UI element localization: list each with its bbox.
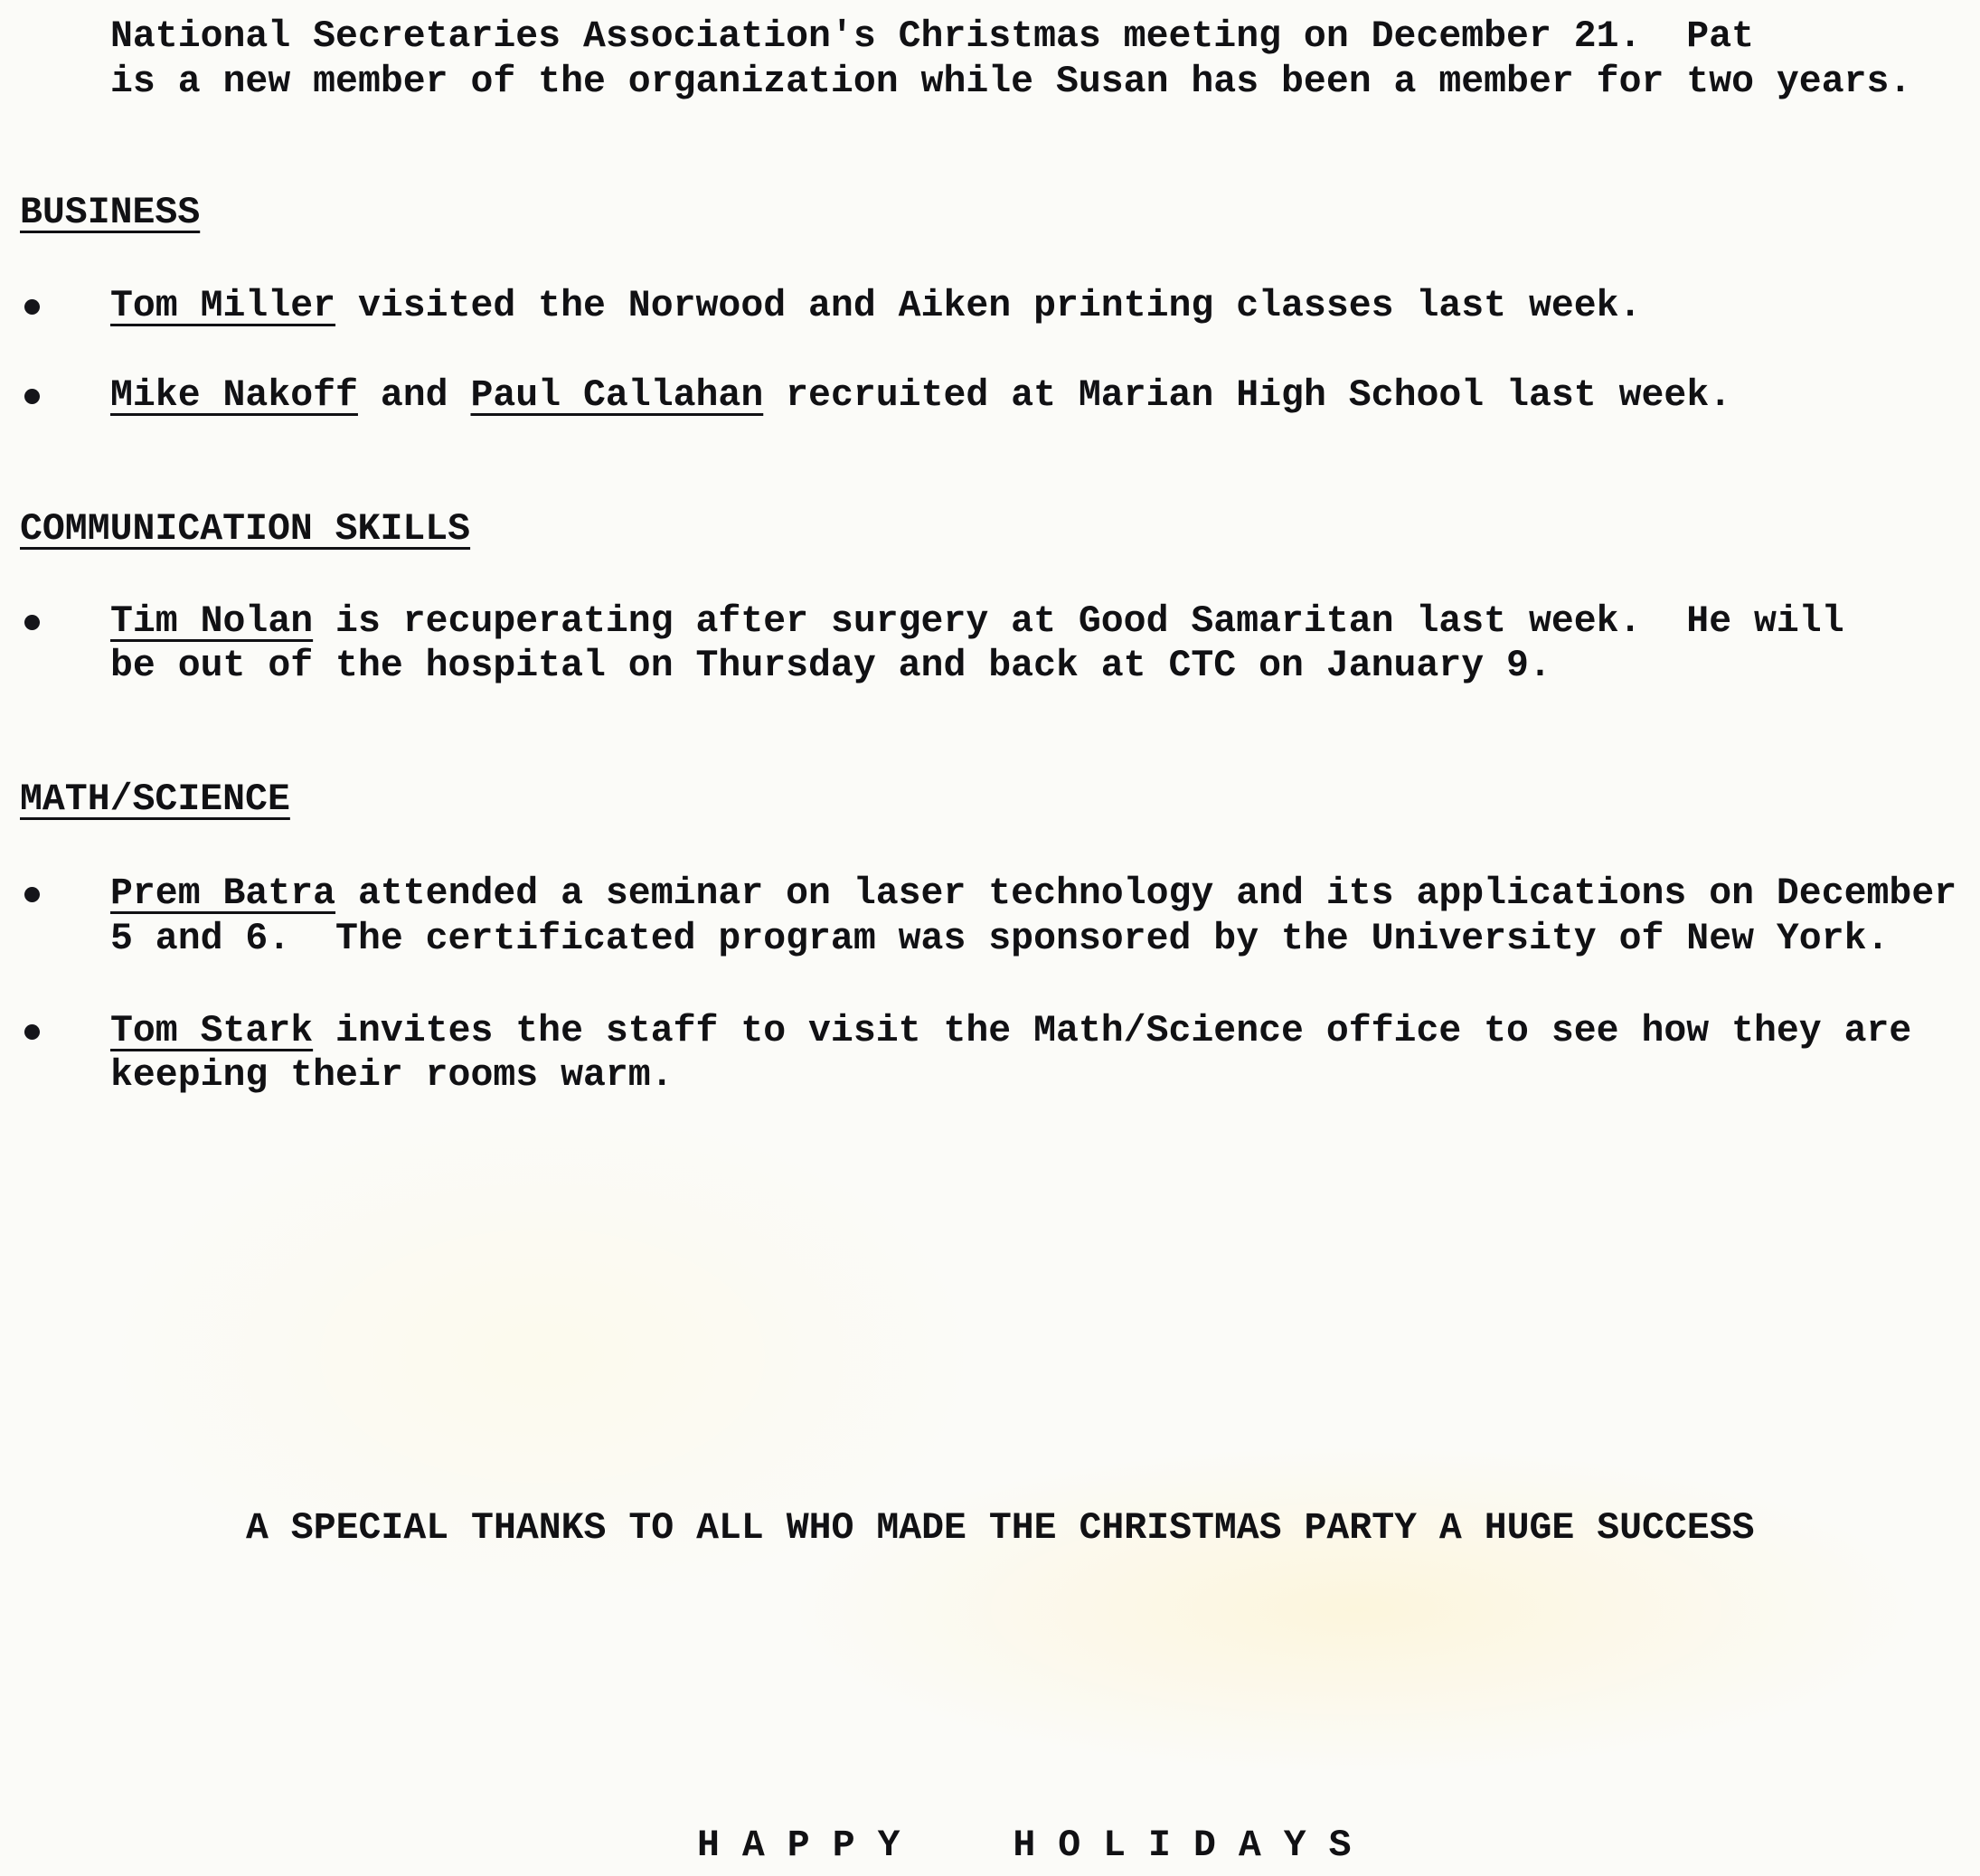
section-heading-communication-skills: COMMUNICATION SKILLS xyxy=(20,511,470,549)
person-name: Mike Nakoff xyxy=(110,374,358,417)
person-name: Tim Nolan xyxy=(110,600,313,643)
list-item-continuation: keeping their rooms warm. xyxy=(110,1057,674,1095)
bullet-icon xyxy=(24,887,40,902)
person-name: Prem Batra xyxy=(110,872,335,915)
closing-happy-holidays: HAPPY HOLIDAYS xyxy=(697,1827,1374,1865)
list-item: Prem Batra attended a seminar on laser t… xyxy=(110,875,1956,913)
list-item: Tim Nolan is recuperating after surgery … xyxy=(110,603,1844,641)
list-item-continuation: 5 and 6. The certificated program was sp… xyxy=(110,920,1889,958)
bullet-icon xyxy=(24,615,40,630)
closing-thanks: A SPECIAL THANKS TO ALL WHO MADE THE CHR… xyxy=(246,1510,1755,1548)
list-item: Tom Miller visited the Norwood and Aiken… xyxy=(110,288,1641,325)
list-item: Tom Stark invites the staff to visit the… xyxy=(110,1013,1911,1051)
intro-line-2: is a new member of the organization whil… xyxy=(110,63,1911,101)
section-heading-math-science: MATH/SCIENCE xyxy=(20,781,290,819)
person-name: Tom Stark xyxy=(110,1010,313,1052)
section-heading-business: BUSINESS xyxy=(20,194,200,232)
intro-line-1: National Secretaries Association's Chris… xyxy=(110,18,1754,56)
person-name: Paul Callahan xyxy=(470,374,763,417)
bullet-icon xyxy=(24,1024,40,1040)
list-item: Mike Nakoff and Paul Callahan recruited … xyxy=(110,377,1731,415)
list-item-continuation: be out of the hospital on Thursday and b… xyxy=(110,647,1551,685)
person-name: Tom Miller xyxy=(110,285,335,327)
bullet-icon xyxy=(24,299,40,315)
bullet-icon xyxy=(24,389,40,404)
